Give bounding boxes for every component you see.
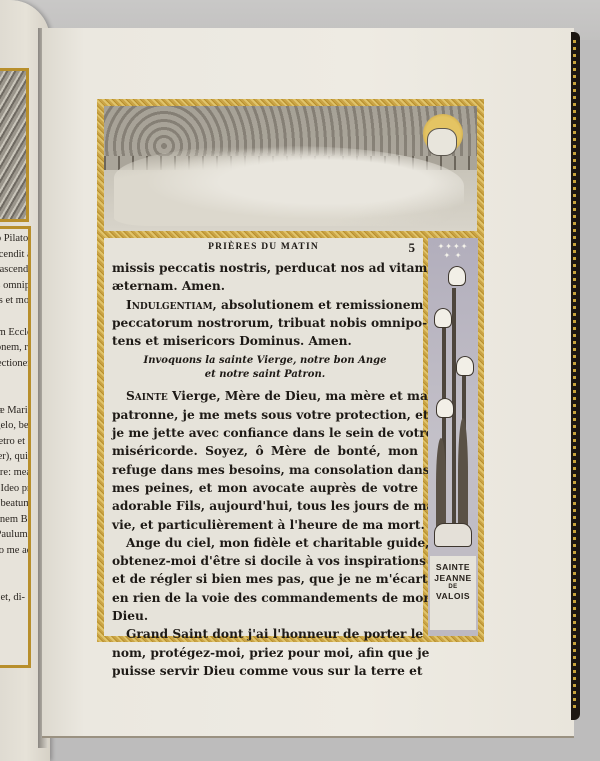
- iris-flower-icon: [434, 308, 452, 328]
- left-line: tio Pilato,: [0, 231, 28, 247]
- text-line: missis peccatis nostris, perducat nos ad…: [112, 259, 418, 277]
- text-line: Indulgentiam, absolutionem et remissione…: [112, 296, 418, 314]
- recumbent-saint-figure: [114, 146, 464, 226]
- text-line: patronne, je me mets sous votre protecti…: [112, 406, 418, 424]
- rubric-line: Invoquons la sainte Vierge, notre bon An…: [112, 354, 418, 368]
- text-line: refuge dans mes besoins, ma consolation …: [112, 461, 418, 479]
- text-line: en rien de la voie des commandements de …: [112, 589, 418, 607]
- page-number: 5: [409, 240, 416, 256]
- left-line: ris omnipo-: [0, 278, 28, 294]
- caption-line: SAINTE: [430, 562, 476, 573]
- prayer-text-panel: PRIÈRES DU MATIN 5 missis peccatis nostr…: [104, 238, 423, 636]
- left-line: s, et, di-: [0, 590, 28, 606]
- left-page-illustration: [0, 68, 29, 222]
- text-line: miséricorde. Soyez, ô Mère de bonté, mon: [112, 442, 418, 460]
- left-line: [0, 309, 28, 325]
- text-line: puisse servir Dieu comme vous sur la ter…: [112, 662, 418, 680]
- text-line: et de régler si bien mes pas, que je ne …: [112, 570, 418, 588]
- iris-flower-icon: [436, 398, 454, 418]
- caption-line: DE: [430, 584, 476, 591]
- iris-leaf: [436, 438, 446, 528]
- running-head: PRIÈRES DU MATIN: [104, 242, 423, 252]
- rubric: Invoquons la sainte Vierge, notre bon An…: [112, 354, 418, 381]
- left-line: pere: mea: [0, 465, 28, 481]
- left-line: atæ Mariæ: [0, 403, 28, 419]
- text-line: æternam. Amen.: [112, 277, 418, 295]
- left-line: [0, 558, 28, 574]
- smallcaps-lead: Indulgentiam: [126, 298, 213, 312]
- left-line: n, beatum: [0, 496, 28, 512]
- side-illustration-panel: ✦✦✦✦✦ ✦ SAINTE JEANNE DE VALOIS: [428, 238, 478, 636]
- caption-line: JEANNE: [430, 573, 476, 584]
- smallcaps-lead: Sainte: [126, 389, 168, 403]
- prayer-body: missis peccatis nostris, perducat nos ad…: [112, 259, 418, 680]
- text-line: Grand Saint dont j'ai l'honneur de porte…: [112, 625, 418, 643]
- left-line: iam Eccle-: [0, 325, 28, 341]
- iris-flower-icon: [448, 266, 466, 286]
- left-line: [0, 574, 28, 590]
- saint-caption: SAINTE JEANNE DE VALOIS: [430, 556, 476, 630]
- left-page-text: tio Pilato, ascendit ad s; ascendit ris …: [0, 226, 31, 668]
- left-line: ater), quia: [0, 449, 28, 465]
- caption-line: VALOIS: [430, 591, 476, 602]
- left-line: n, Ideo pre-: [0, 481, 28, 497]
- left-line: annem Ba-: [0, 512, 28, 528]
- rubric-line: et notre saint Patron.: [112, 368, 418, 382]
- header-illustration: [104, 106, 477, 231]
- left-line: s; ascendit: [0, 262, 28, 278]
- left-line: Petro et: [0, 434, 28, 450]
- saint-face: [427, 128, 457, 156]
- text-line: mes peines, et mon avocate auprès de vot…: [112, 479, 418, 497]
- left-line: ngelo, beato: [0, 418, 28, 434]
- text-line: peccatorum nostrorum, tribuat nobis omni…: [112, 314, 418, 332]
- text-line: je me jette avec confiance dans le sein …: [112, 424, 418, 442]
- text-line: Sainte Vierge, Mère de Dieu, ma mère et …: [112, 387, 418, 405]
- text-line: adorable Fils, aujourd'hui, tous les jou…: [112, 497, 418, 515]
- stars-icon: ✦✦✦✦✦ ✦: [432, 242, 474, 260]
- left-line: [0, 371, 28, 387]
- text-line: Ange du ciel, mon fidèle et charitable g…: [112, 534, 418, 552]
- left-line: tionem, re-: [0, 340, 28, 356]
- left-line: t Paulum,: [0, 527, 28, 543]
- iris-flower-icon: [456, 356, 474, 376]
- left-line: [0, 387, 28, 403]
- text-line: Dieu.: [112, 607, 418, 625]
- iris-leaf: [458, 418, 468, 528]
- left-line: rrectionem.: [0, 356, 28, 372]
- left-line: pro me ad: [0, 543, 28, 559]
- left-line: ros et mor-: [0, 293, 28, 309]
- text-line: nom, protégez-moi, priez pour moi, afin …: [112, 644, 418, 662]
- left-line: ascendit ad: [0, 247, 28, 263]
- text-line: vie, et particulièrement à l'heure de ma…: [112, 516, 418, 534]
- crown-icon: [434, 523, 472, 547]
- book-cover-edge: [571, 32, 580, 720]
- text-line: tens et misericors Dominus. Amen.: [112, 332, 418, 350]
- text-line: obtenez-moi d'être si docile à vos inspi…: [112, 552, 418, 570]
